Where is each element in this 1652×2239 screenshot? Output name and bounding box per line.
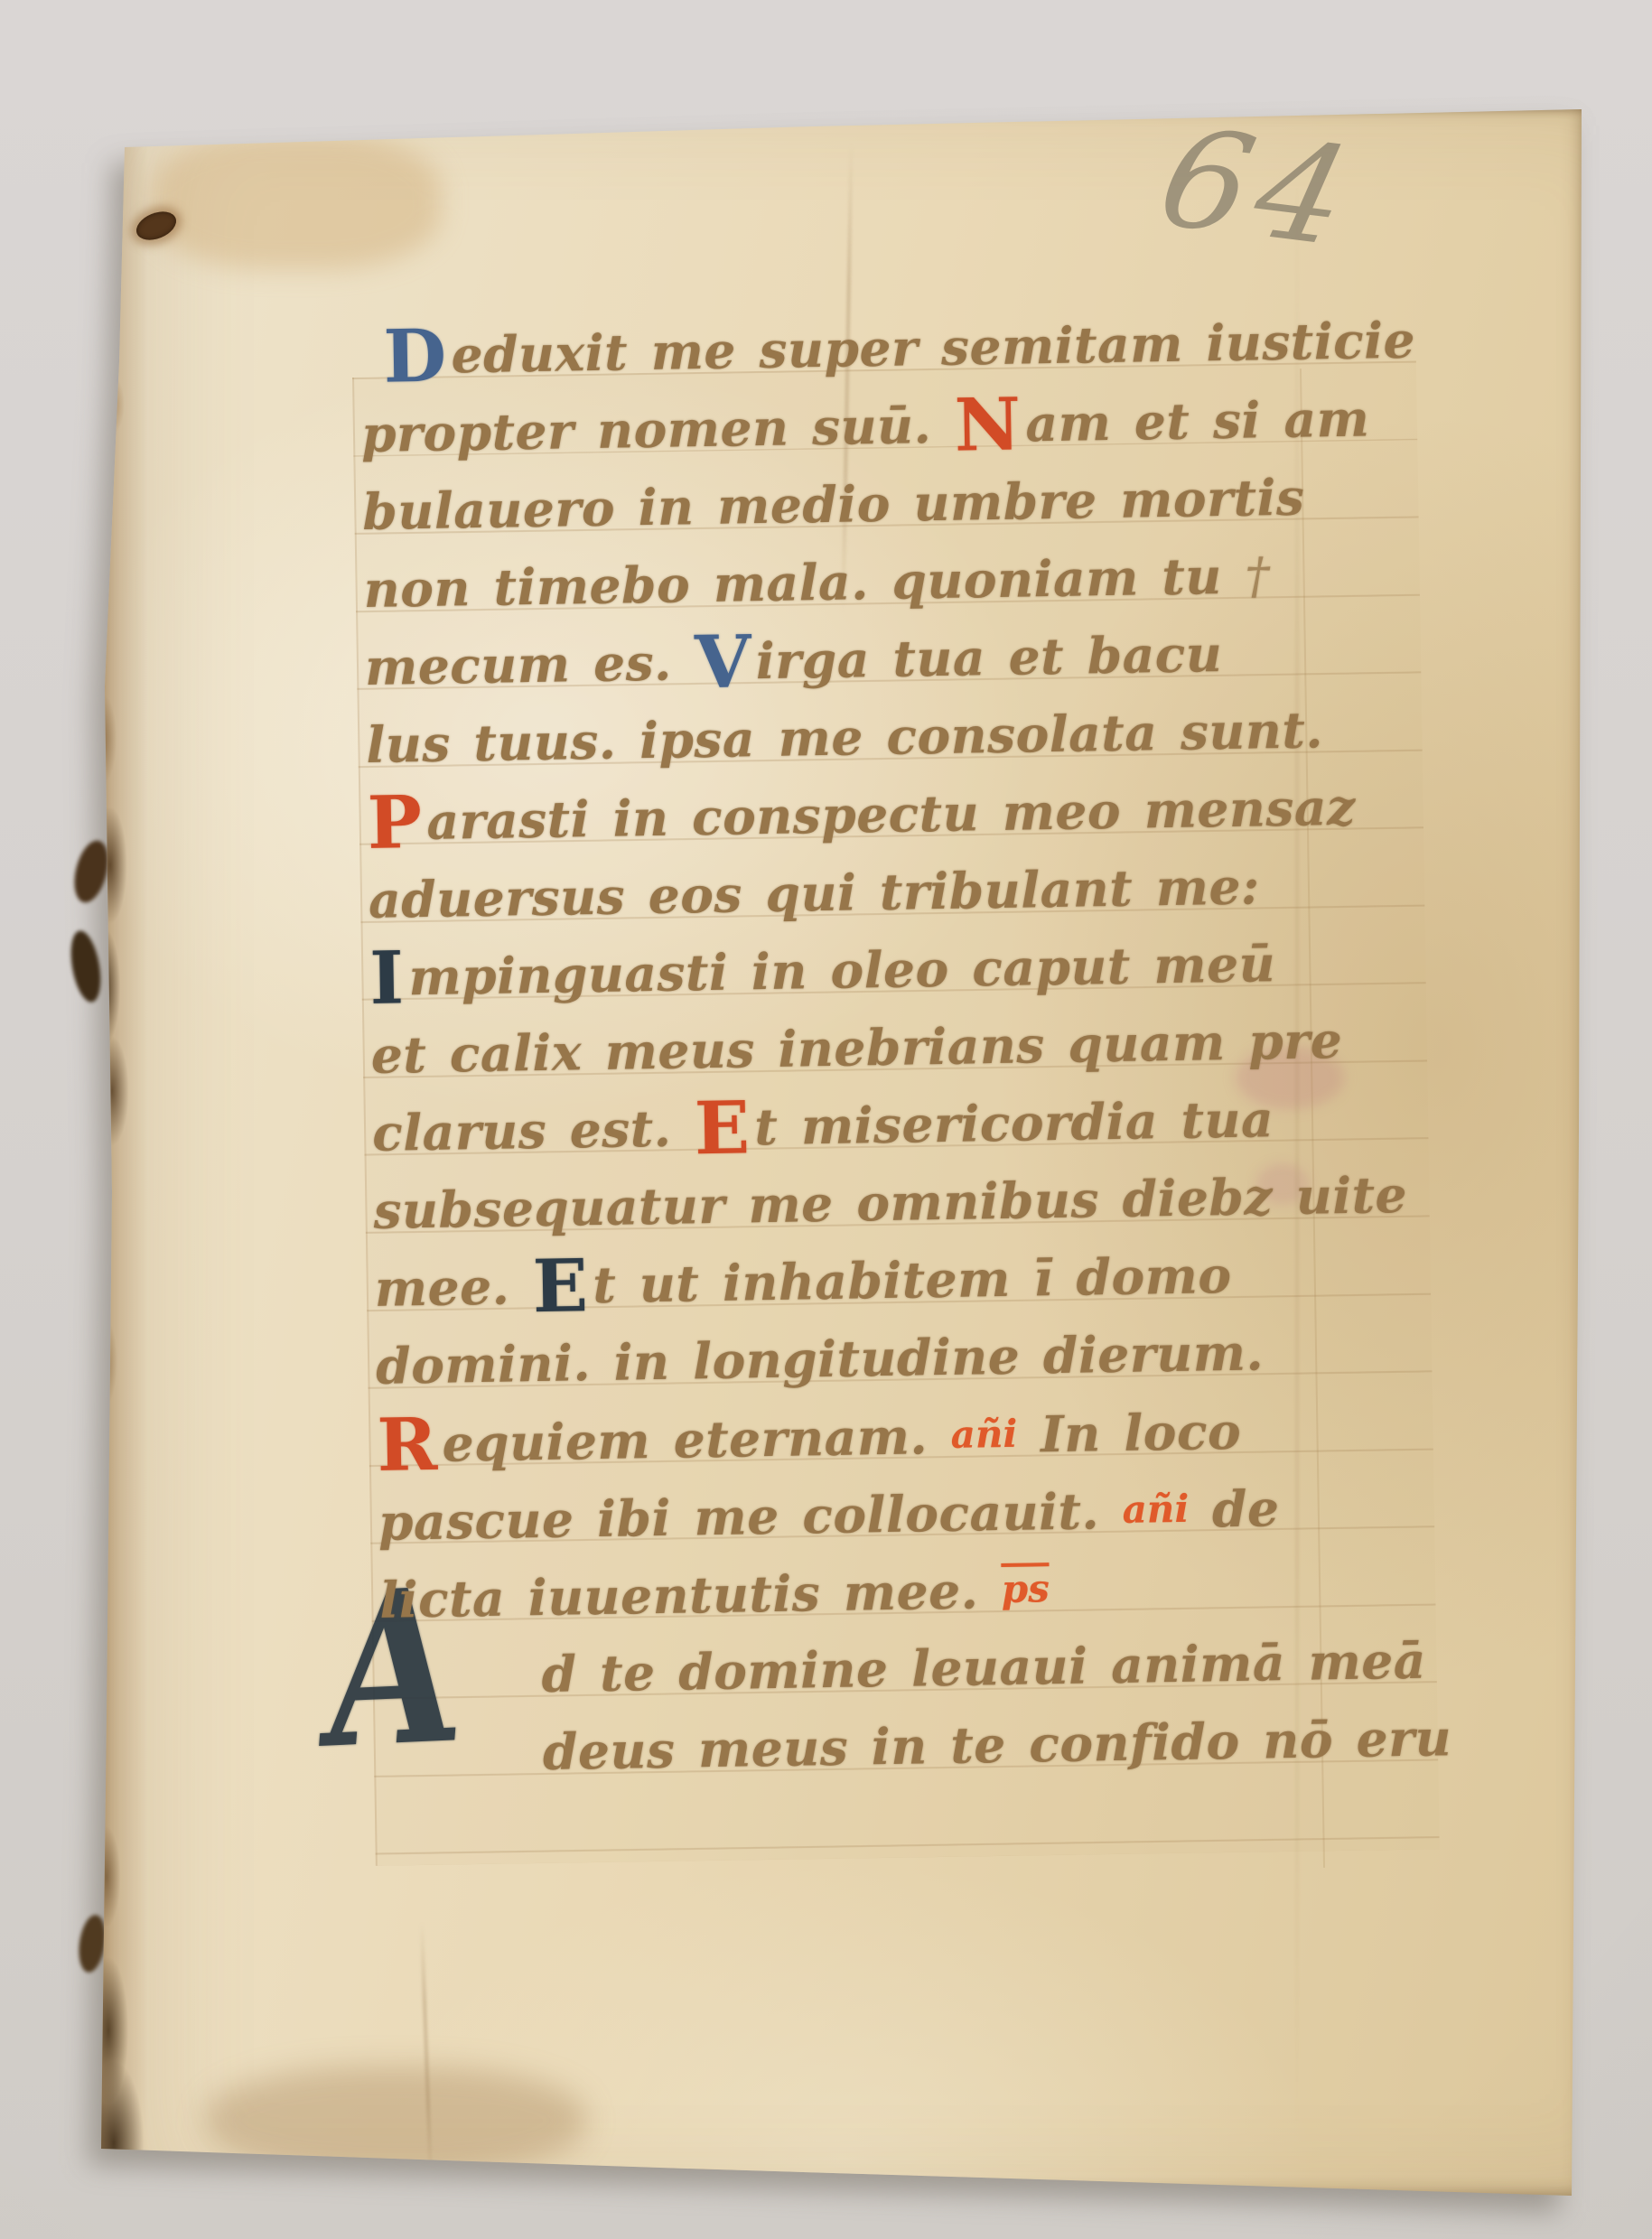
decorated-initial: D (384, 355, 447, 356)
text-segment: irga tua et bacu (755, 624, 1222, 690)
text-segment: aduersus eos qui tribulant me: (369, 856, 1261, 928)
text-segment: d te domine leuaui animā meā (541, 1631, 1426, 1703)
pencil-foliation-number: 64 (1149, 111, 1368, 267)
text-segment: subsequatur me omnibus diebz uite (373, 1165, 1407, 1240)
text-segment: de (1189, 1479, 1280, 1539)
decorated-initial: V (695, 661, 751, 662)
text-segment: licta iuuentutis mee. (379, 1561, 1003, 1629)
manuscript-leaf: 64 A Deduxit me super semitam iusticiepr… (98, 107, 1586, 2198)
manuscript-line: non timebo mala. quoniam tu † (363, 535, 1394, 629)
text-segment: mecum es. (365, 632, 695, 696)
text-segment: deus meus in te confido nō eru (542, 1708, 1451, 1781)
decorated-initial: R (378, 1444, 438, 1445)
manuscript-line: domini. in longitudine dierum. (376, 1311, 1406, 1405)
text-segment: lus tuus. ipsa me consolata sunt. (366, 700, 1323, 774)
text-segment: am et si am (1025, 388, 1370, 452)
text-segment: domini. in longitudine dierum. (376, 1322, 1265, 1395)
text-segment: † (1245, 546, 1271, 604)
rubric-abbreviation: añi (950, 1412, 1017, 1457)
text-block: Deduxit me super semitam iusticiepropter… (359, 302, 1413, 1794)
text-segment: bulauero in medio umbre mortis (362, 468, 1305, 541)
rubric-abbreviation: añi (1122, 1487, 1189, 1532)
text-segment: mpinguasti in oleo caput meū (408, 934, 1276, 1006)
text-segment: et calix meus inebrians quam pre (370, 1011, 1342, 1085)
text-segment: arasti in conspectu meo mensaz (426, 778, 1356, 851)
crease-line (420, 1922, 433, 2184)
decorated-initial: E (695, 1127, 750, 1128)
text-segment: eduxit me super semitam iusticie (451, 311, 1415, 385)
decorated-initial: P (368, 822, 423, 823)
text-segment: clarus est. (372, 1098, 695, 1162)
manuscript-line: deus meus in te confido nō eru (381, 1700, 1412, 1794)
manuscript-line: subsequatur me omnibus diebz uite (373, 1156, 1404, 1250)
rubric-abbreviation: ps (1001, 1566, 1050, 1611)
text-segment: pascue ibi me collocauit. (378, 1481, 1123, 1552)
text-segment: propter nomen suū. (361, 396, 956, 463)
text-segment: mee. (374, 1256, 533, 1318)
photo-background: 64 A Deduxit me super semitam iusticiepr… (0, 0, 1652, 2239)
manuscript-line: pascue ibi me collocauit. añi de (378, 1467, 1408, 1561)
text-segment: In loco (1017, 1402, 1242, 1464)
text-segment: equiem eternam. (442, 1406, 951, 1473)
decorated-initial: N (955, 424, 1022, 425)
decorated-initial: E (533, 1285, 588, 1286)
text-segment: t misericordia tua (754, 1089, 1274, 1156)
text-segment: non timebo mala. quoniam tu (363, 546, 1246, 619)
decorated-initial: I (369, 977, 404, 978)
text-segment: t ut inhabitem ī domo (593, 1245, 1232, 1314)
stain (152, 134, 441, 269)
